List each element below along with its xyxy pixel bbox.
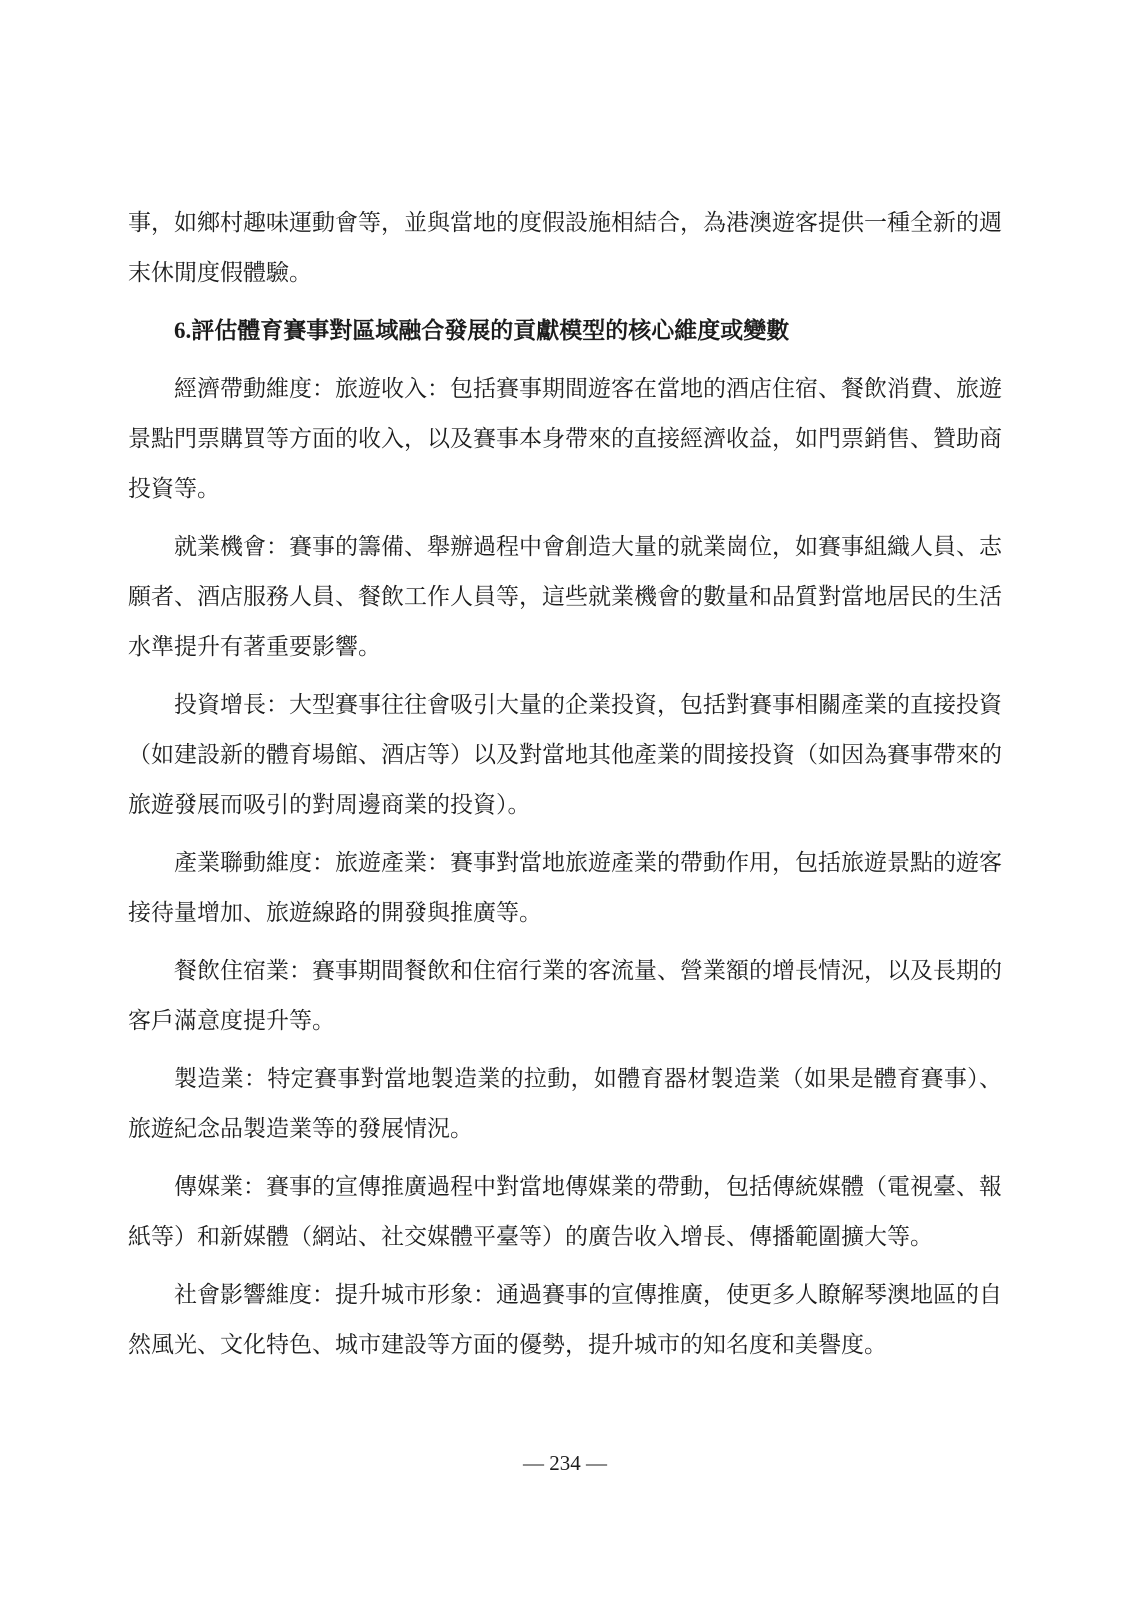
paragraph-media: 傳媒業：賽事的宣傳推廣過程中對當地傳媒業的帶動，包括傳統媒體（電視臺、報紙等）和… <box>128 1162 1002 1262</box>
paragraph-employment: 就業機會：賽事的籌備、舉辦過程中會創造大量的就業崗位，如賽事組織人員、志願者、酒… <box>128 522 1002 672</box>
paragraph-catering-lodging: 餐飲住宿業：賽事期間餐飲和住宿行業的客流量、營業額的增長情況，以及長期的客戶滿意… <box>128 946 1002 1046</box>
page-number: — 234 — <box>0 1448 1130 1478</box>
paragraph-economic-dimension: 經濟帶動維度：旅遊收入：包括賽事期間遊客在當地的酒店住宿、餐飲消費、旅遊景點門票… <box>128 364 1002 514</box>
paragraph-investment-growth: 投資增長：大型賽事往往會吸引大量的企業投資，包括對賽事相關產業的直接投資（如建設… <box>128 680 1002 830</box>
paragraph-continuation: 事，如鄉村趣味運動會等，並與當地的度假設施相結合，為港澳遊客提供一種全新的週末休… <box>128 198 1002 298</box>
paragraph-industry-linkage: 產業聯動維度：旅遊產業：賽事對當地旅遊產業的帶動作用，包括旅遊景點的遊客接待量增… <box>128 838 1002 938</box>
document-page: 事，如鄉村趣味運動會等，並與當地的度假設施相結合，為港澳遊客提供一種全新的週末休… <box>0 0 1130 1600</box>
paragraph-social-impact: 社會影響維度：提升城市形象：通過賽事的宣傳推廣，使更多人瞭解琴澳地區的自然風光、… <box>128 1270 1002 1370</box>
page-content: 事，如鄉村趣味運動會等，並與當地的度假設施相結合，為港澳遊客提供一種全新的週末休… <box>128 198 1002 1378</box>
paragraph-manufacturing: 製造業：特定賽事對當地製造業的拉動，如體育器材製造業（如果是體育賽事）、旅遊紀念… <box>128 1054 1002 1154</box>
section-heading: 6.評估體育賽事對區域融合發展的貢獻模型的核心維度或變數 <box>128 306 1002 356</box>
